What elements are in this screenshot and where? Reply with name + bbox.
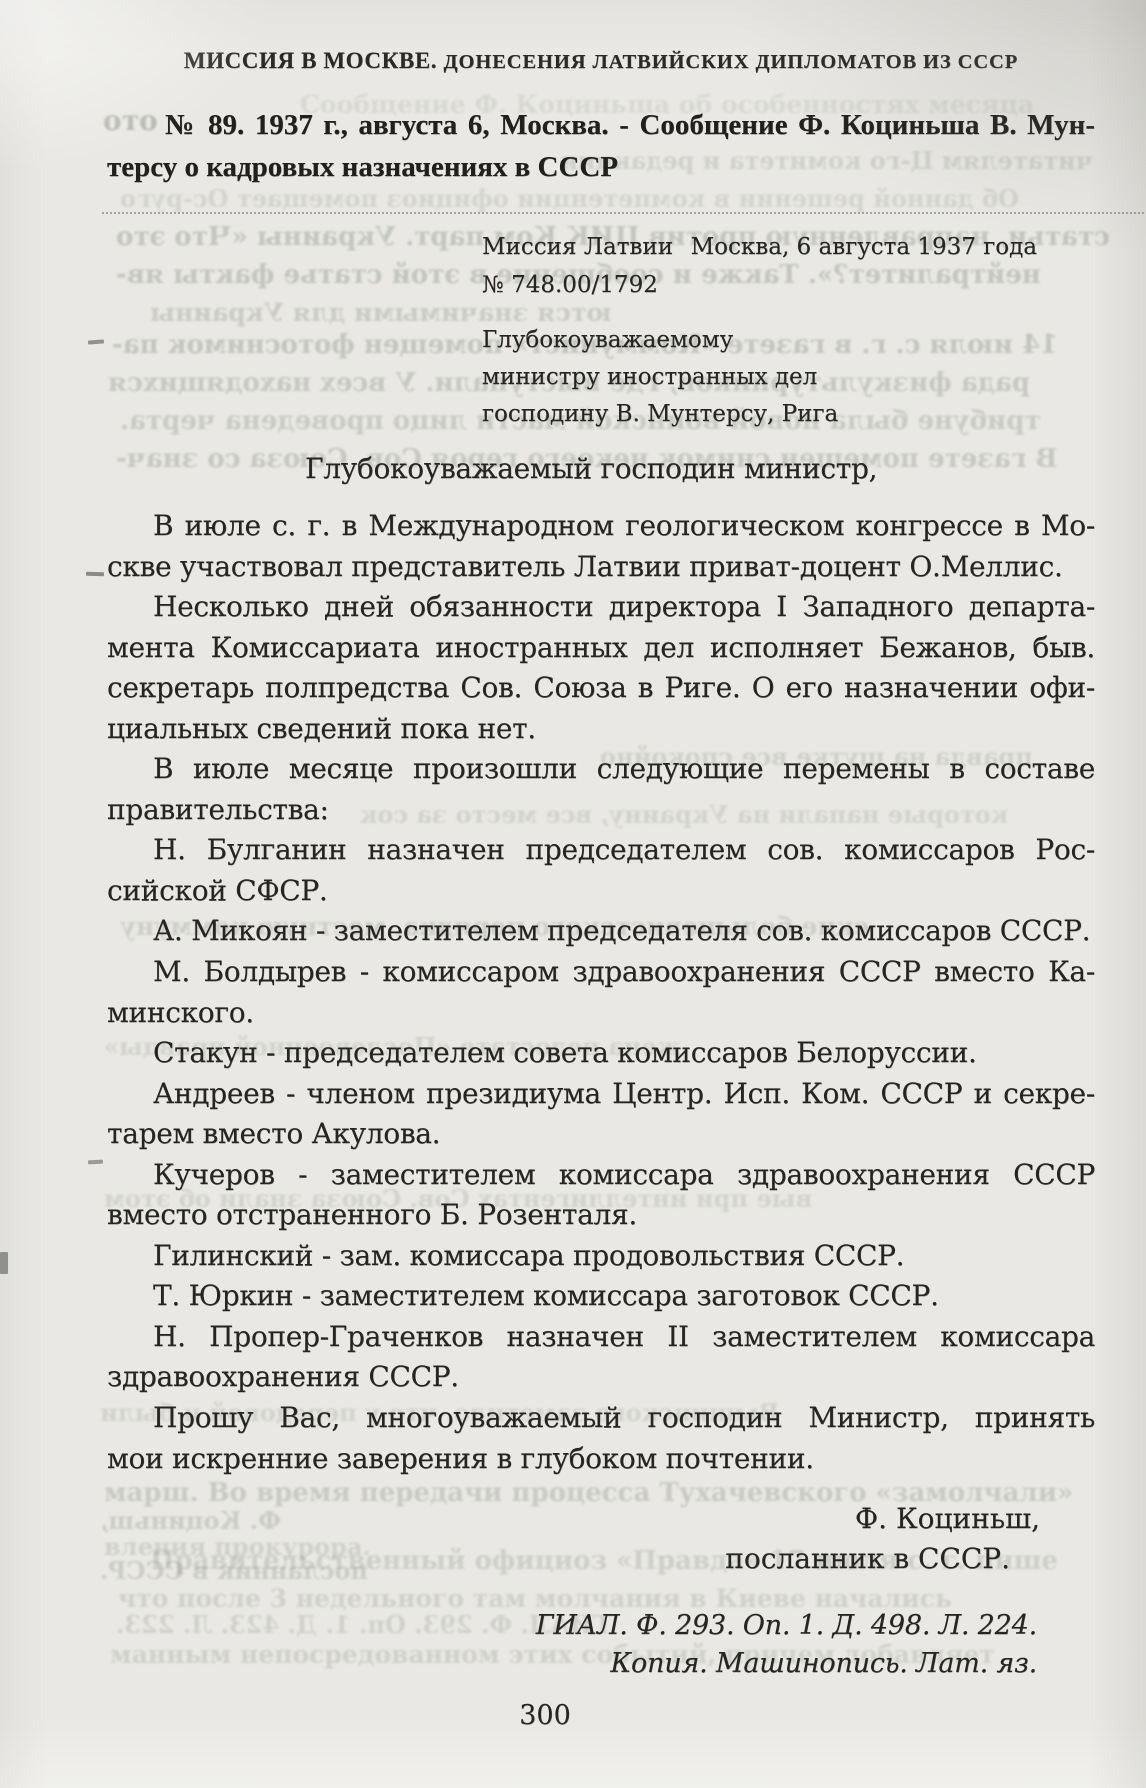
letter-line: Стакун - председателем совета комиссаров… — [107, 1033, 1095, 1074]
archival-reference-line1: ГИАЛ. Ф. 293. Оп. 1. Д. 498. Л. 224. — [536, 1610, 1037, 1641]
letter-line: Андреев - членом президиума Центр. Исп. … — [107, 1074, 1095, 1115]
letter-line: А. Микоян - заместителем председателя со… — [107, 911, 1095, 952]
document-title: № 89. 1937 г., августа 6, Москва. - Сооб… — [107, 104, 1095, 188]
letter-line: сийской СФСР. — [107, 871, 1095, 912]
addressee-line-2: министру иностранных дел — [482, 359, 838, 396]
letter-line: В июле с. г. в Международном геологическ… — [107, 506, 1095, 547]
scanned-book-page: отоСообщение Ф. Коциньша об особенностях… — [0, 0, 1146, 1788]
letter-line: циальных сведений пока нет. — [107, 709, 1095, 750]
letter-line: Н. Булганин назначен председателем сов. … — [107, 830, 1095, 871]
bleedthrough-text: посланник в СССР. — [100, 1556, 368, 1585]
letter-line: Несколько дней обязанности директора I З… — [107, 587, 1095, 628]
letter-line: скве участвовал представитель Латвии при… — [107, 547, 1095, 588]
bleedthrough-text: что после 3 недельного там молчания в Ки… — [118, 1584, 952, 1613]
running-head: МИССИЯ В МОСКВЕ. ДОНЕСЕНИЯ ЛАТВИЙСКИХ ДИ… — [107, 48, 1095, 74]
scan-artifact — [88, 339, 104, 344]
scan-artifact — [0, 1252, 8, 1274]
letter-line: В июле месяце произошли следующие переме… — [107, 749, 1095, 790]
letter-line: Гилинский - зам. комиссара продовольстви… — [107, 1236, 1095, 1277]
letterhead-ref-number: № 748.00/1792 — [482, 272, 658, 298]
running-head-subtitle: ДОНЕСЕНИЯ ЛАТВИЙСКИХ ДИПЛОМАТОВ ИЗ СССР — [444, 51, 1019, 73]
dotted-rule — [102, 212, 1144, 214]
letter-line: тарем вместо Акулова. — [107, 1114, 1095, 1155]
running-head-subtitle-text: ДОНЕСЕНИЯ ЛАТВИЙСКИХ ДИПЛОМАТОВ ИЗ СССР — [444, 51, 1019, 73]
bleedthrough-text: вления прокурора. — [104, 1532, 371, 1561]
scan-artifact — [86, 572, 104, 577]
letter-line: минского. — [107, 993, 1095, 1034]
letter-line: мента Комиссариата иностранных дел испол… — [107, 628, 1095, 669]
letterhead-sender: Миссия Латвии — [482, 234, 673, 260]
document-title-line2: терсу о кадровых назначениях в СССР — [107, 146, 1095, 188]
addressee-block: Глубокоуважаемому министру иностранных д… — [482, 322, 838, 433]
bleedthrough-text: Об данной решении в компетенции официоз … — [120, 184, 1019, 213]
letter-line: вместо отстраненного Б. Розенталя. — [107, 1195, 1095, 1236]
letter-body: В июле с. г. в Международном геологическ… — [107, 506, 1095, 1479]
letter-line: Т. Юркин - заместителем комиссара загото… — [107, 1276, 1095, 1317]
letter-line: секретарь полпредства Сов. Союза в Риге.… — [107, 668, 1095, 709]
signature-name: Ф. Коциньш, — [855, 1502, 1040, 1535]
archival-reference-line2: Копия. Машинопись. Лат. яз. — [610, 1648, 1037, 1679]
signature-title: посланник в СССР. — [725, 1542, 1010, 1575]
letter-line: Кучеров - заместителем комиссара здравоо… — [107, 1155, 1095, 1196]
letter-line: М. Болдырев - комиссаром здравоохранения… — [107, 952, 1095, 993]
scan-artifact — [88, 1160, 103, 1165]
addressee-line-3: господину В. Мунтерсу, Рига — [482, 396, 838, 433]
letter-line: правительства: — [107, 790, 1095, 831]
letter-line: Прошу Вас, многоуважаемый господин Минис… — [107, 1398, 1095, 1439]
letter-line: здравоохранения СССР. — [107, 1357, 1095, 1398]
document-title-line1: № 89. 1937 г., августа 6, Москва. - Сооб… — [107, 104, 1095, 146]
addressee-line-1: Глубокоуважаемому — [482, 322, 838, 359]
letter-line: мои искренние заверения в глубоком почте… — [107, 1439, 1095, 1480]
running-head-series: МИССИЯ В МОСКВЕ. — [184, 48, 437, 73]
salutation: Глубокоуважаемый господин министр, — [305, 452, 877, 485]
letterhead-dateline: Москва, 6 августа 1937 года — [691, 234, 1037, 260]
letter-line: Н. Пропер-Граченков назначен II заместит… — [107, 1317, 1095, 1358]
bleedthrough-text: Ф. Коциньш, — [100, 1506, 281, 1535]
page-number: 300 — [107, 1700, 983, 1731]
